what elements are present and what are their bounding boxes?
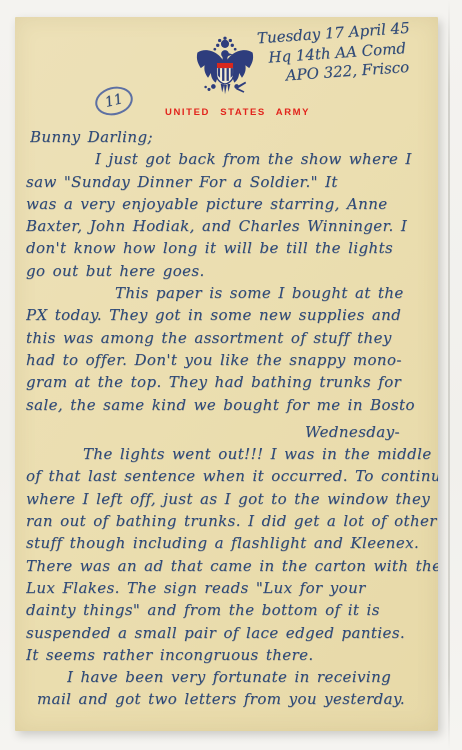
seal-shield <box>216 62 233 84</box>
letter-line: stuff though including a flashlight and … <box>26 532 438 554</box>
letter-line: was a very enjoyable picture starring, A… <box>26 193 438 215</box>
letter-line: don't know how long it will be till the … <box>26 237 438 259</box>
letter-line: I just got back from the show where I <box>95 148 438 170</box>
letter-line: mail and got two letters from you yester… <box>37 688 438 710</box>
letter-line: suspended a small pair of lace edged pan… <box>26 622 438 644</box>
scanned-letter-page: { "colors": { "paper": "#ebdeb0", "backg… <box>0 0 462 750</box>
seal-glory <box>213 37 236 51</box>
letter-line: There was an ad that came in the carton … <box>26 555 438 577</box>
letter-line: Lux Flakes. The sign reads "Lux for your <box>26 577 438 599</box>
letter-line: Bunny Darling; <box>30 126 438 148</box>
background-page-edge-line <box>448 0 450 750</box>
date-address-block: Tuesday 17 April 45 Hq 14th AA Comd APO … <box>256 17 438 88</box>
letterhead-org-name: UNITED STATES ARMY <box>165 107 295 118</box>
seal-tail <box>221 84 231 95</box>
letter-line: I have been very fortunate in receiving <box>67 666 438 688</box>
letter-line: PX today. They got in some new supplies … <box>26 304 438 326</box>
letter-line: sale, the same kind we bought for me in … <box>26 394 438 416</box>
letter-line: this was among the assortment of stuff t… <box>26 327 438 349</box>
letter-paper: 11 <box>15 17 438 731</box>
letter-body: Bunny Darling;I just got back from the s… <box>15 126 438 711</box>
letter-line: dainty things" and from the bottom of it… <box>26 599 438 621</box>
letter-line: of that last sentence when it occurred. … <box>26 465 438 487</box>
letter-line: This paper is some I bought at the <box>115 282 438 304</box>
letter-line: where I left off, just as I got to the w… <box>26 488 438 510</box>
circled-page-number: 11 <box>92 83 136 119</box>
us-army-eagle-seal-icon <box>194 36 256 106</box>
letter-line: Wednesday- <box>305 421 438 443</box>
letter-line: It seems rather incongruous there. <box>26 644 438 666</box>
letter-line: saw "Sunday Dinner For a Soldier." It <box>26 171 438 193</box>
letter-line: Baxter, John Hodiak, and Charles Winning… <box>26 215 438 237</box>
letter-line: had to offer. Don't you like the snappy … <box>26 349 438 371</box>
page-number-text: 11 <box>103 91 124 111</box>
letter-line: gram at the top. They had bathing trunks… <box>26 371 438 393</box>
letter-line: ran out of bathing trunks. I did get a l… <box>26 510 438 532</box>
letter-line: go out but here goes. <box>26 260 438 282</box>
letter-line: The lights went out!!! I was in the midd… <box>83 443 438 465</box>
